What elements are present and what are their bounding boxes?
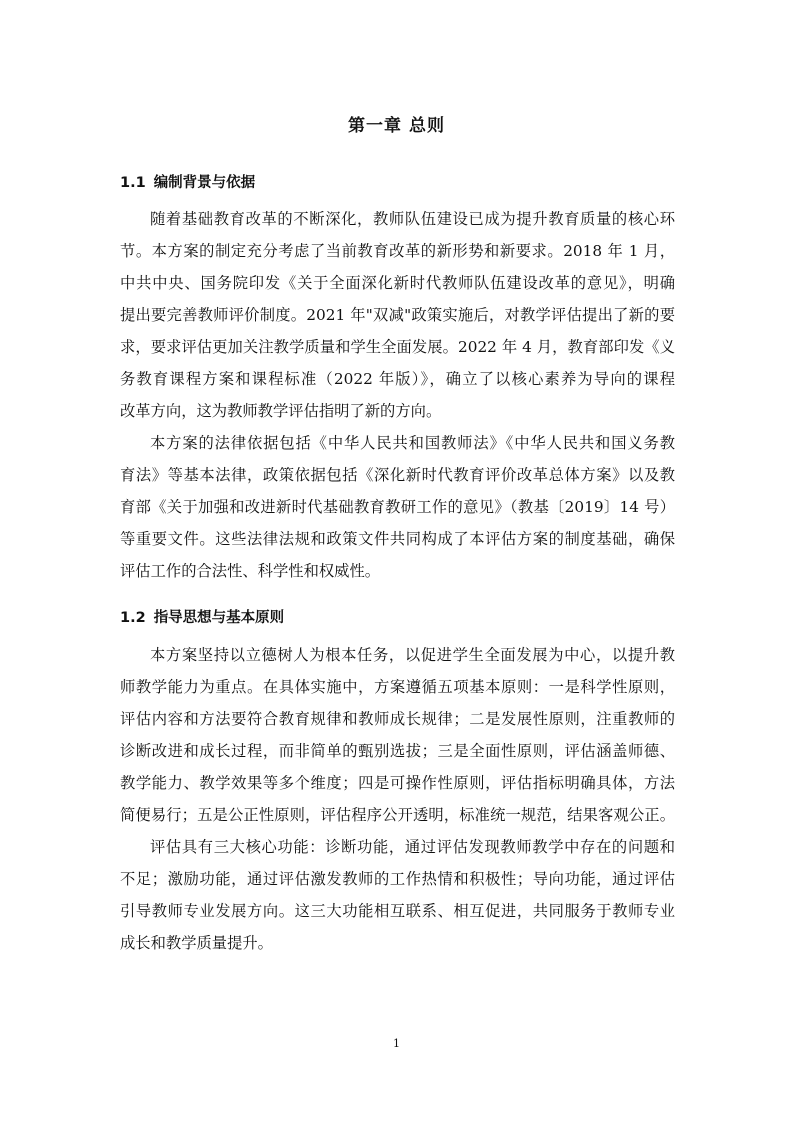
paragraph-line: 本方案的法律依据包括《中华人民共和国教师法》《中华人民共和国义务教 xyxy=(150,432,675,454)
paragraph-line: 评估工作的合法性、科学性和权威性。 xyxy=(120,560,380,582)
paragraph-line: 改革方向，这为教师教学评估指明了新的方向。 xyxy=(120,400,441,422)
paragraph-line: 不足；激励功能，通过评估激发教师的工作热情和积极性；导向功能，通过评估 xyxy=(120,868,675,890)
section-heading-1-1: 1.1编制背景与依据 xyxy=(120,172,255,194)
paragraph-line: 节。本方案的制定充分考虑了当前教育改革的新形势和新要求。2018 年 1 月， xyxy=(120,240,675,262)
paragraph-line: 育法》等基本法律，政策依据包括《深化新时代教育评价改革总体方案》以及教 xyxy=(120,464,675,486)
section-title: 编制背景与依据 xyxy=(154,175,256,191)
paragraph-line: 评估具有三大核心功能：诊断功能，通过评估发现教师教学中存在的问题和 xyxy=(150,836,675,858)
paragraph-line: 引导教师专业发展方向。这三大功能相互联系、相互促进，共同服务于教师专业 xyxy=(120,900,675,922)
document-page: 第一章 总则 1.1编制背景与依据 随着基础教育改革的不断深化，教师队伍建设已成… xyxy=(0,0,793,1122)
paragraph-line: 诊断改进和成长过程，而非简单的甄别选拔；三是全面性原则，评估涵盖师德、 xyxy=(120,740,675,762)
paragraph-line: 务教育课程方案和课程标准（2022 年版）》，确立了以核心素养为导向的课程 xyxy=(120,368,675,390)
section-heading-1-2: 1.2指导思想与基本原则 xyxy=(120,607,284,629)
paragraph-line: 提出要完善教师评价制度。2021 年"双减"政策实施后，对教学评估提出了新的要 xyxy=(120,304,675,326)
paragraph-line: 评估内容和方法要符合教育规律和教师成长规律；二是发展性原则，注重教师的 xyxy=(120,708,675,730)
paragraph-line: 教学能力、教学效果等多个维度；四是可操作性原则，评估指标明确具体，方法 xyxy=(120,772,675,794)
page-number: 1 xyxy=(0,1037,793,1051)
paragraph-line: 随着基础教育改革的不断深化，教师队伍建设已成为提升教育质量的核心环 xyxy=(150,208,675,230)
section-number: 1.2 xyxy=(120,610,146,626)
section-title: 指导思想与基本原则 xyxy=(154,610,285,626)
paragraph-line: 成长和教学质量提升。 xyxy=(120,932,273,954)
paragraph-line: 等重要文件。这些法律法规和政策文件共同构成了本评估方案的制度基础，确保 xyxy=(120,528,675,550)
paragraph-line: 中共中央、国务院印发《关于全面深化新时代教师队伍建设改革的意见》，明确 xyxy=(120,272,675,294)
paragraph-line: 育部《关于加强和改进新时代基础教育教研工作的意见》（教基〔2019〕14 号） xyxy=(120,496,675,518)
paragraph-line: 本方案坚持以立德树人为根本任务，以促进学生全面发展为中心，以提升教 xyxy=(150,644,675,666)
paragraph-line: 简便易行；五是公正性原则，评估程序公开透明，标准统一规范，结果客观公正。 xyxy=(120,804,675,826)
section-number: 1.1 xyxy=(120,175,146,191)
paragraph-line: 师教学能力为重点。在具体实施中，方案遵循五项基本原则：一是科学性原则， xyxy=(120,676,675,698)
chapter-title: 第一章 总则 xyxy=(0,113,793,139)
paragraph-line: 求，要求评估更加关注教学质量和学生全面发展。2022 年 4 月，教育部印发《义 xyxy=(120,336,675,358)
